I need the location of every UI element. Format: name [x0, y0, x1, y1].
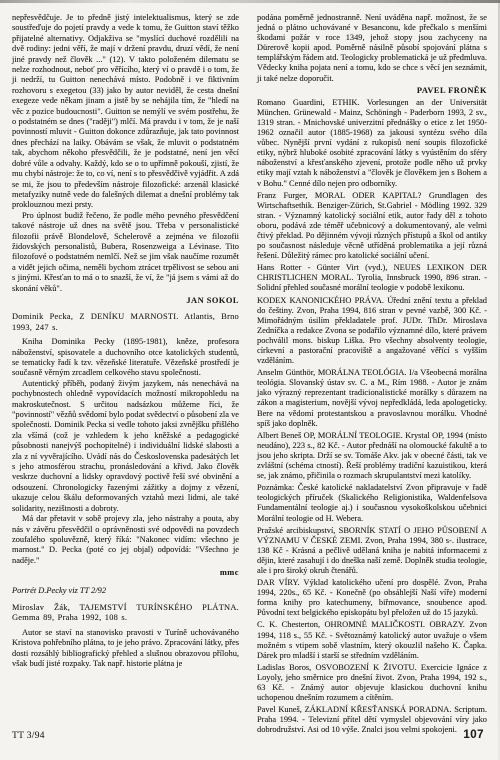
author-byline-jan-sokol: JAN SOKOL — [12, 296, 239, 306]
book-notice: Pražské arcibiskupství, SBORNÍK STATÍ O … — [257, 526, 487, 576]
right-column: podána poměrně jednostranně. Není uváděn… — [257, 13, 487, 737]
book-notice: C. K. Chesterton, OHROMNÉ MALIČKOSTI. OB… — [257, 620, 487, 660]
book-notice: Franz Furger, MORAL ODER KAPITAL? Grundl… — [257, 191, 487, 262]
review-paragraph: Má dar přetavit v sobě projevy zla, jeho… — [12, 514, 239, 566]
editorial-note: Poznámka: České katolické nakladatelství… — [257, 483, 487, 523]
review-paragraph: Kniha Dominika Pecky (1895-1981), kněze,… — [12, 337, 239, 379]
book-notice: Anselm Günthör, MORÁLNA TEOLÓGIA. I/a Vš… — [257, 368, 487, 429]
scanned-journal-page: nepřesvědčuje. Je to předně jistý intele… — [0, 0, 500, 760]
book-notice: Pavel Kuneš, ZÁKLADNÍ KŘESŤANSKÁ PORADNA… — [257, 705, 487, 735]
book-notice: Romano Guardini, ETHIK. Vorlesungen an d… — [257, 98, 487, 189]
book-notice: Albert Beneš OP, MORÁLNÍ TEOLOGIE. Kryst… — [257, 431, 487, 481]
book-review-heading-pecka: Dominik Pecka, Z DENÍKU MARNOSTI. Atlant… — [12, 312, 239, 333]
review-paragraph: Autor se staví na stanovisko pravosti v … — [12, 628, 239, 670]
book-notice: DAR VÍRY. Výklad katolického učení pro d… — [257, 578, 487, 618]
continuation-paragraph: nepřesvědčuje. Je to předně jistý intele… — [12, 13, 239, 211]
book-notice: Hans Rotter - Günter Virt (vyd.), NEUES … — [257, 263, 487, 293]
page-number: 107 — [463, 729, 484, 741]
journal-issue-label: TT 3/94 — [12, 731, 45, 741]
book-notice: KODEX KANONICKÉHO PRÁVA. Úřední znění te… — [257, 296, 487, 367]
left-column: nepřesvědčuje. Je to předně jistý intele… — [12, 13, 239, 669]
author-byline-pavel-fronek: PAVEL FRONĚK — [257, 86, 487, 96]
continuation-paragraph: podána poměrně jednostranně. Není uváděn… — [257, 13, 487, 84]
author-byline-mmc: mmc — [12, 568, 239, 578]
book-notice: Ladislas Boros, OSVOBOZENÍ K ŽIVOTU. Exe… — [257, 663, 487, 703]
paragraph: Pro úplnost budiž řečeno, že podle mého … — [12, 211, 239, 294]
review-paragraph: Autentický příběh, podaný živým jazykem,… — [12, 379, 239, 514]
book-review-heading-zak: Miroslav Žák, TAJEMSTVÍ TURÍNSKÉHO PLÁTN… — [12, 603, 239, 624]
scan-artifact-top-edge — [0, 0, 500, 3]
portrait-reference-note: Portrét D.Pecky viz TT 2/92 — [12, 586, 239, 596]
